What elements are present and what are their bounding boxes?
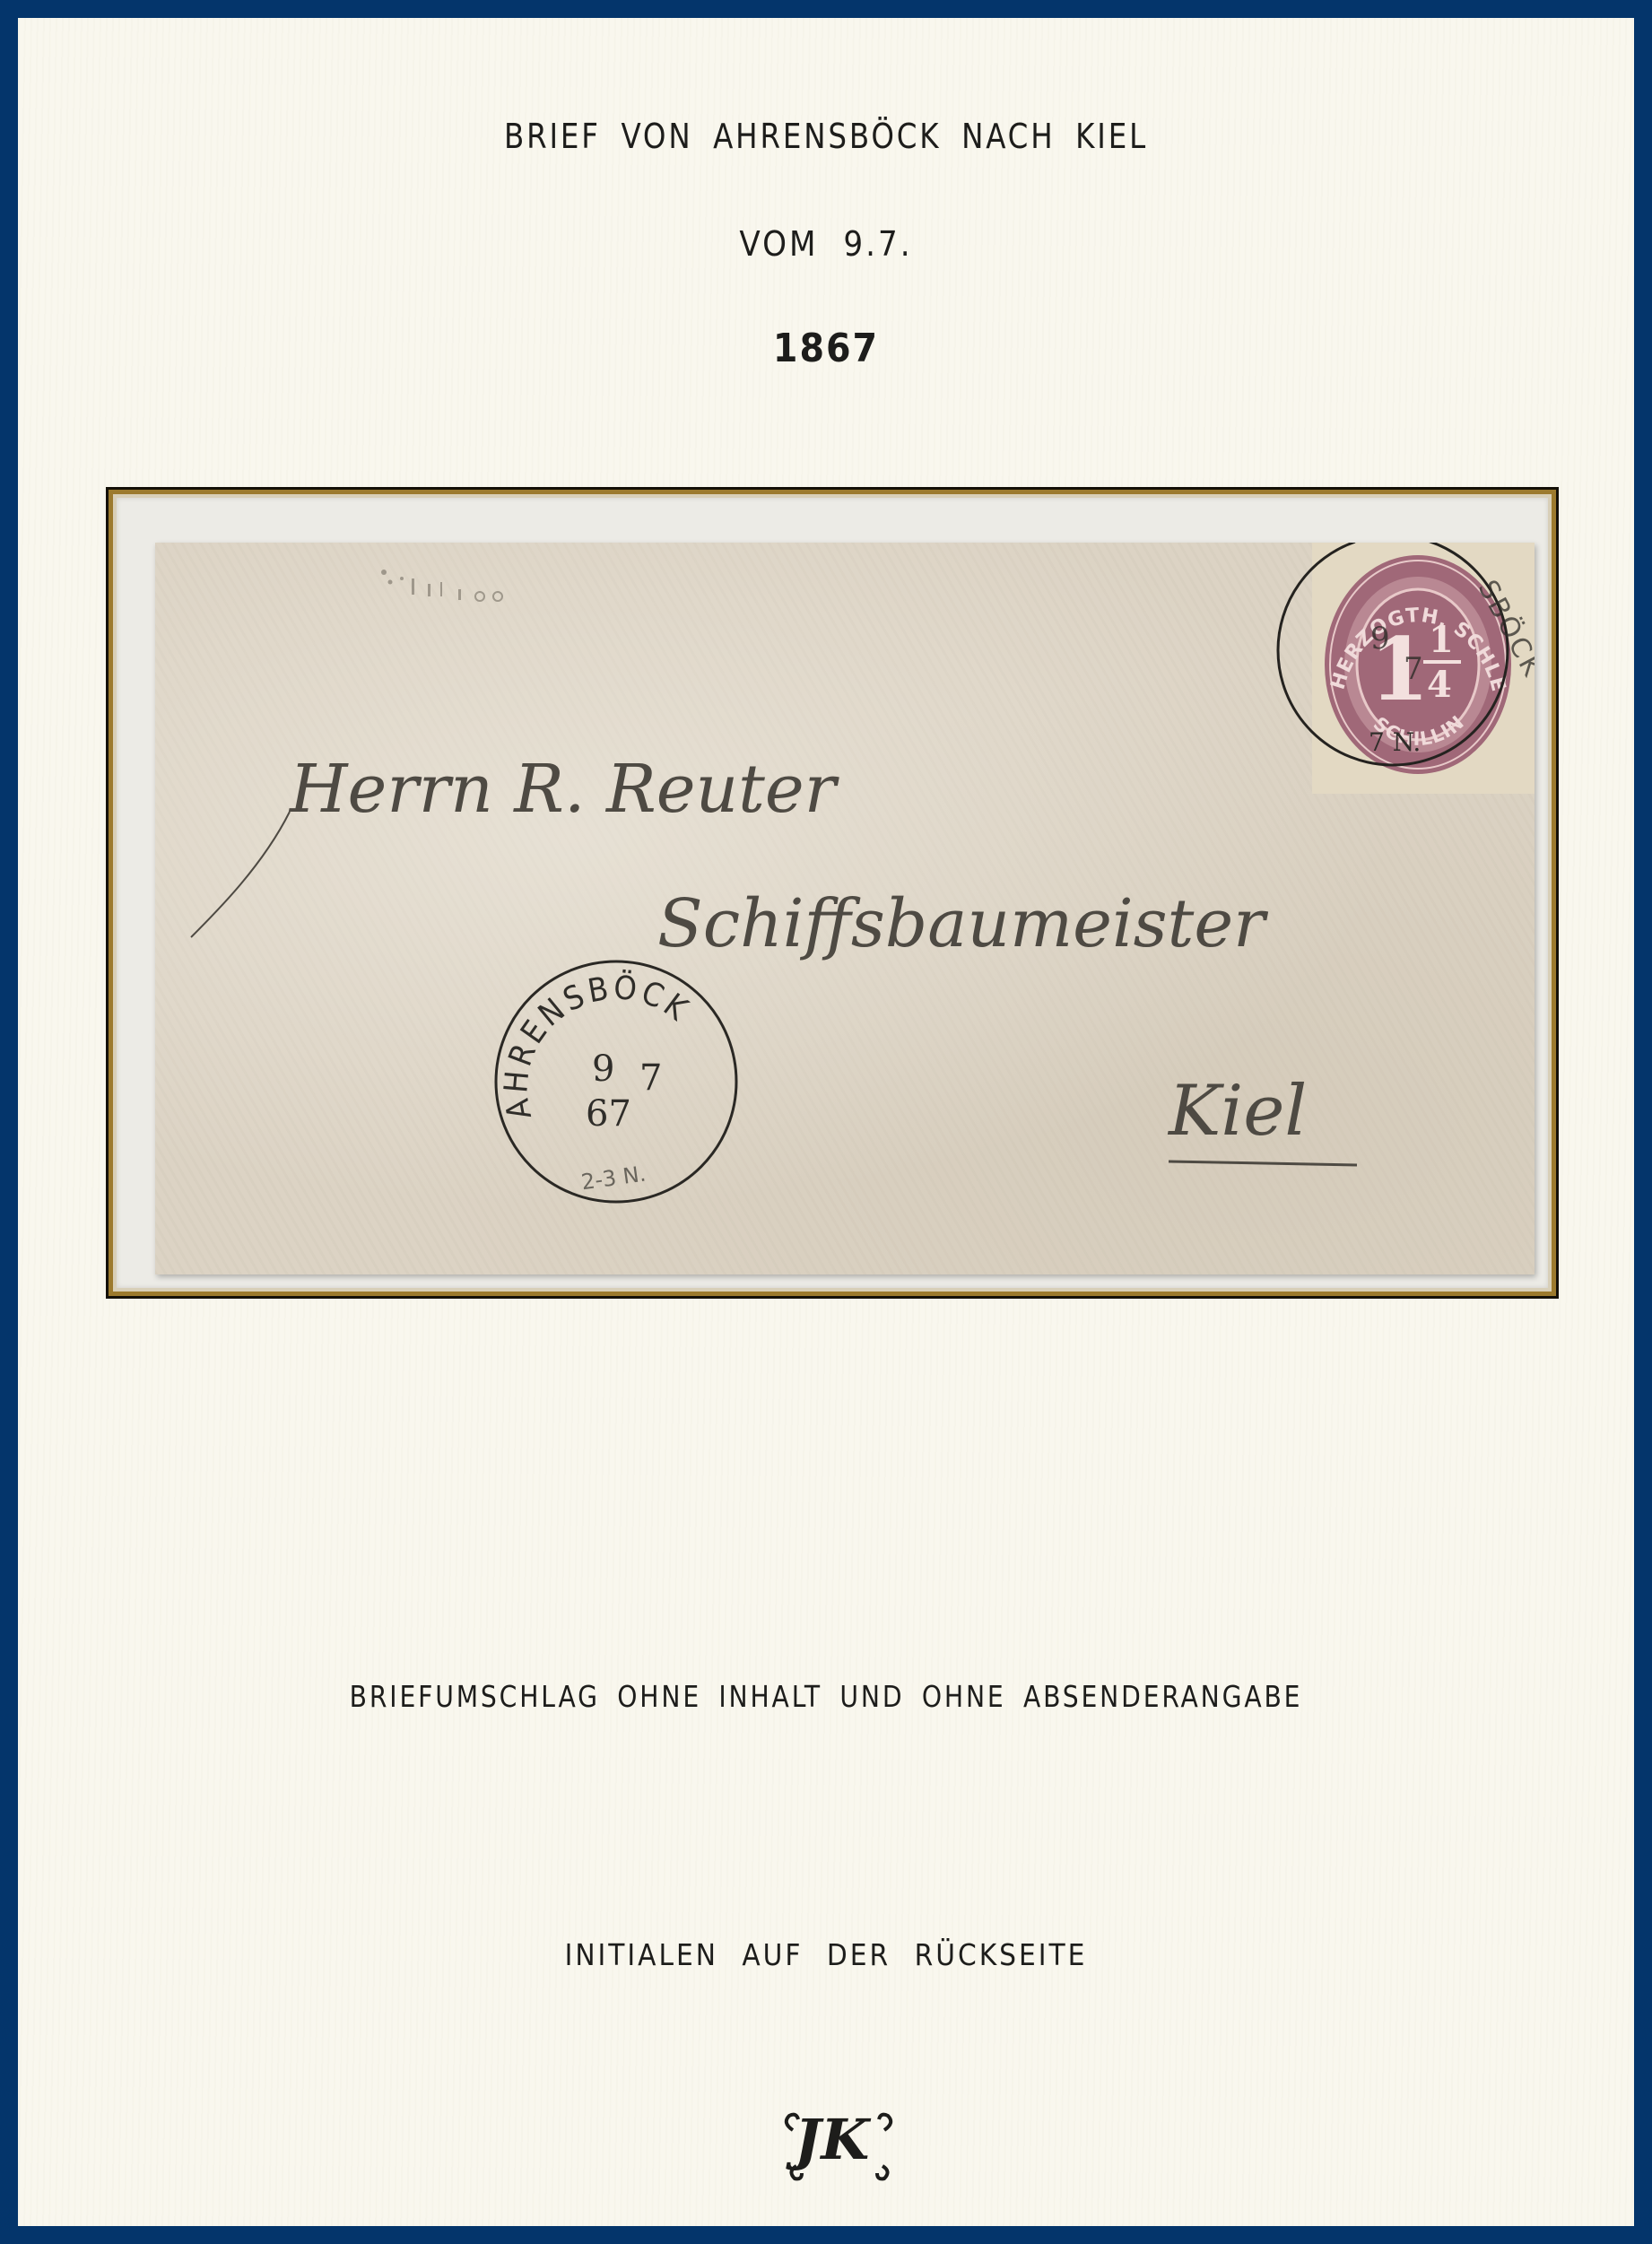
year-line: 1867 <box>18 326 1634 371</box>
svg-text:Kiel: Kiel <box>1167 1071 1307 1152</box>
svg-text:7: 7 <box>639 1057 662 1099</box>
album-page: BRIEF VON AHRENSBÖCK NACH KIEL VOM 9.7. … <box>18 18 1634 2226</box>
svg-text:9: 9 <box>592 1048 614 1090</box>
svg-text:67: 67 <box>586 1093 631 1135</box>
svg-text:4: 4 <box>1427 664 1452 706</box>
faint-marking <box>381 570 502 601</box>
handwritten-address: Herrn R. Reuter Schiffsbaumeister Kiel <box>191 751 1357 1165</box>
svg-text:1: 1 <box>1429 619 1454 661</box>
envelope: Herrn R. Reuter Schiffsbaumeister Kiel A… <box>155 543 1535 1274</box>
description-note: BRIEFUMSCHLAG OHNE INHALT UND OHNE ABSEN… <box>58 1679 1594 1714</box>
date-line: VOM 9.7. <box>18 224 1634 264</box>
cover-frame: Herrn R. Reuter Schiffsbaumeister Kiel A… <box>106 487 1559 1299</box>
stamp-value: 1 <box>1369 619 1430 720</box>
postmark-ahrensbock: AHRENSBÖCK 9 7 67 2-3 N. <box>496 961 736 1202</box>
svg-text:2-3 N.: 2-3 N. <box>579 1161 648 1196</box>
svg-text:Herrn R. Reuter: Herrn R. Reuter <box>288 751 840 828</box>
svg-text:Schiffsbaumeister: Schiffsbaumeister <box>657 885 1269 962</box>
initials-note: INITIALEN AUF DER RÜCKSEITE <box>18 1937 1634 1972</box>
page-title: BRIEF VON AHRENSBÖCK NACH KIEL <box>58 117 1594 156</box>
embossed-stamp: HERZOGTH. SCHLESWIG SCHILLING 1 1 4 <box>1312 543 1535 794</box>
monogram-icon: JK <box>777 2094 911 2184</box>
